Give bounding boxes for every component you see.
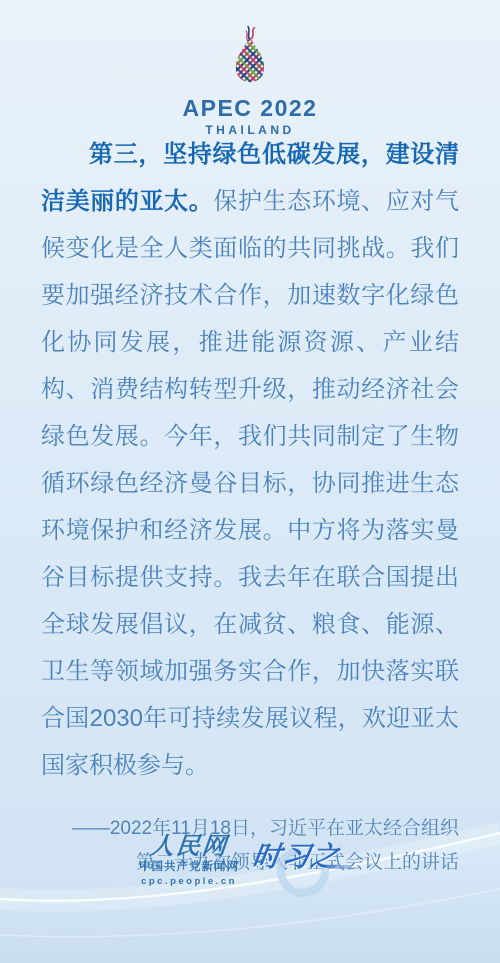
peoples-daily-online-logo: 人民网 中国共产党新闻网 cpc.people.cn bbox=[139, 833, 239, 888]
shixizhi-wordmark: 时习之 bbox=[250, 835, 343, 875]
peoples-daily-script-wordmark: 人民网 bbox=[138, 833, 241, 859]
shixizhi-tagline bbox=[327, 865, 351, 869]
apec-2022-logo-icon bbox=[218, 26, 282, 94]
speech-section: 第三，坚持绿色低碳发展，建设清洁美丽的亚太。保护生态环境、应对气候变化是全人类面… bbox=[0, 131, 500, 880]
quote-card-poster: APEC 2022 THAILAND 第三，坚持绿色低碳发展，建设清洁美丽的亚太… bbox=[0, 0, 500, 963]
cpc-news-site-label: 中国共产党新闻网 bbox=[139, 860, 239, 875]
apec-logo-title: APEC 2022 bbox=[183, 95, 318, 122]
shixizhi-logo: 时习之 bbox=[253, 833, 361, 901]
speech-body-text: 保护生态环境、应对气候变化是全人类面临的共同挑战。我们要加强经济技术合作，加速数… bbox=[41, 188, 459, 779]
speech-paragraph: 第三，坚持绿色低碳发展，建设清洁美丽的亚太。保护生态环境、应对气候变化是全人类面… bbox=[41, 131, 459, 789]
cpc-people-url: cpc.people.cn bbox=[139, 876, 239, 888]
apec-header: APEC 2022 THAILAND bbox=[0, 26, 500, 137]
footer-logos: 人民网 中国共产党新闻网 cpc.people.cn 时习之 bbox=[0, 833, 500, 901]
